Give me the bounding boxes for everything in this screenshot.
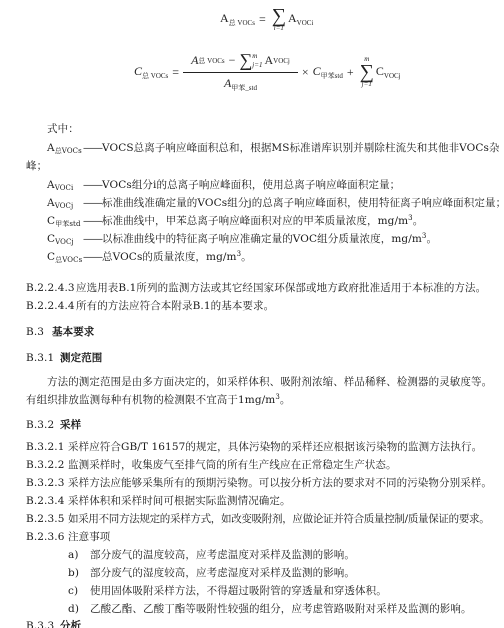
definition-continuation: 峰； (26, 159, 47, 173)
formula-total-voc-area: A总 VOCs = ∑ i=1 AVOCi (220, 2, 313, 36)
definition-item: CVOCj——以标准曲线中的特征离子响应准确定量的VOC组分质量浓度，mg/m3… (47, 232, 437, 249)
paragraph-line: 有组织排放监测每种有机物的检测限不宜高于1mg/m3。 (26, 393, 291, 407)
clause-b2244: B.2.2.4.4所有的方法应符合本附录B.1的基本要求。 (26, 299, 274, 313)
clause-item: B.3.2.1采样应符合GB/T 16157的规定，具体污染物的采样还应根据该污… (26, 440, 482, 454)
definition-symbol: C总VOCs (47, 250, 83, 267)
section-heading-b31: B.3.1测定范围 (26, 351, 102, 365)
note-item: b)部分废气的湿度较高，应考虑湿度对采样及监测的影响。 (68, 566, 355, 580)
clause-item: B.2.3.4采样体积和采样时间可根据实际监测情况确定。 (26, 494, 291, 508)
definition-item: C甲苯std——标准曲线中，甲苯总离子响应峰面积对应的甲苯质量浓度，mg/m3。 (47, 214, 423, 231)
formula-total-voc-concentration: C总 VOCs = A总 VOCs − ∑ mj=1 AVOCj A甲苯_std… (134, 44, 401, 100)
where-label: 式中： (47, 122, 79, 136)
definition-symbol: C甲苯std (47, 214, 83, 231)
note-item: d)乙酸乙酯、乙酸丁酯等吸附性较强的组分，应考虑管路吸附对采样及监测的影响。 (68, 602, 472, 616)
clause-item: B.2.3.6注意事项 (26, 530, 110, 544)
definition-symbol: CVOCj (47, 232, 83, 249)
clause-item: B.2.3.5如采用不同方法规定的采样方式，如改变吸附剂，应做论证并符合质量控制… (26, 512, 489, 526)
note-item: c)使用固体吸附采样方法，不得超过吸附管的穿透量和穿透体积。 (68, 584, 387, 598)
section-heading-b32: B.3.2采样 (26, 418, 81, 432)
clause-b2243: B.2.2.4.3应选用表B.1所列的监测方法或其它经国家环保部或地方政府批准适… (26, 281, 486, 295)
paragraph-line: 方法的测定范围是由多方面决定的，如采样体积、吸附剂浓缩、样品稀释、检测器的灵敏度… (47, 375, 492, 389)
definition-item: AVOCj——标准曲线准确定量的VOCs组分j的总离子响应峰面积，使用特征离子响… (47, 196, 504, 213)
formula-fraction: A总 VOCs − ∑ mj=1 AVOCj A甲苯_std (187, 52, 294, 93)
formula-lhs: A总 VOCs (220, 11, 255, 28)
section-heading-b33: B.3.3分析 (26, 619, 81, 628)
clause-item: B.3.2.2监测采样时，收集废气至排气筒的所有生产线应在正常稳定生产状态。 (26, 458, 397, 472)
definition-item: C总VOCs——总VOCs的质量浓度，mg/m3。 (47, 250, 252, 267)
definition-symbol: A总VOCs (47, 141, 83, 158)
clause-item: B.3.2.3采样方法应能够采集所有的预期污染物。可以按分析方法的要求对不同的污… (26, 476, 492, 490)
summation-symbol: m ∑ j=1 (360, 56, 374, 88)
definition-item: AVOCi——VOCs组分i的总离子响应峰面积，使用总离子响应峰面积定量； (47, 178, 400, 195)
summation-symbol: ∑ i=1 (272, 7, 286, 32)
definition-item: A总VOCs——VOCS总离子响应峰面积总和，根据MS标准谱库识别并剔除柱流失和… (47, 141, 500, 158)
formula-c-term: CVOCj (376, 64, 401, 80)
definition-symbol: AVOCj (47, 196, 83, 213)
section-heading-b3: B.3基本要求 (26, 325, 94, 339)
summation-symbol: ∑ mj=1 (239, 52, 264, 70)
note-item: a)部分废气的温度较高，应考虑温度对采样及监测的影响。 (68, 548, 355, 562)
formula-c-std: C甲苯std (313, 64, 343, 81)
formula-term: AVOCi (288, 11, 313, 27)
formula-lhs: C总 VOCs (134, 64, 168, 81)
definition-symbol: AVOCi (47, 178, 83, 195)
